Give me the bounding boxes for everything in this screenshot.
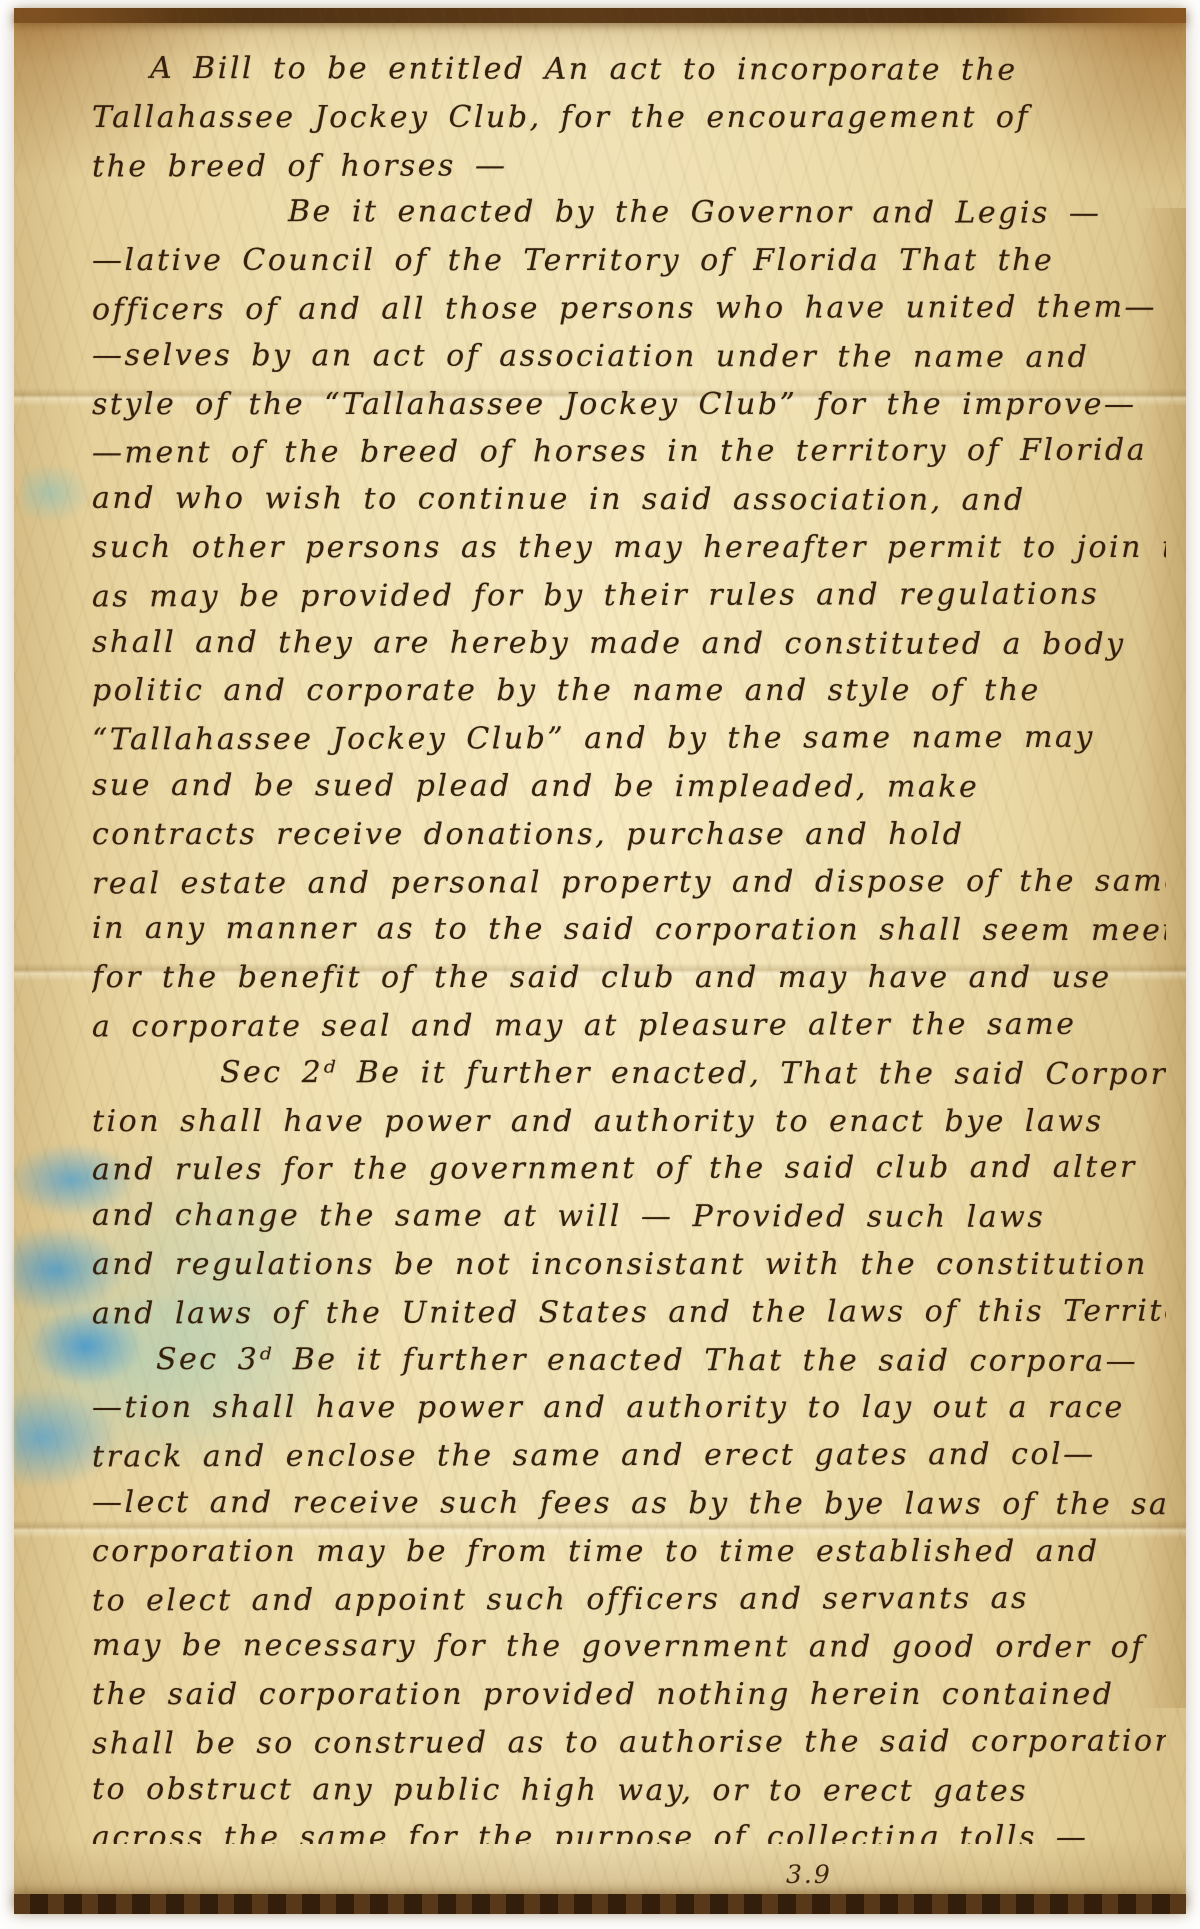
manuscript-line: —ment of the breed of horses in the terr… xyxy=(92,427,1166,478)
manuscript-line: “Tallahassee Jockey Club” and by the sam… xyxy=(92,714,1166,765)
manuscript-line: Sec 2ᵈ Be it further enacted, That the s… xyxy=(220,1049,1166,1099)
manuscript-line: and rules for the government of the said… xyxy=(92,1144,1166,1195)
manuscript-line: A Bill to be entitled An act to incorpor… xyxy=(150,46,1166,95)
manuscript-line: Tallahassee Jockey Club, for the encoura… xyxy=(92,94,1166,142)
paper-torn-bottom-edge xyxy=(14,1894,1186,1914)
manuscript-line: a corporate seal and may at pleasure alt… xyxy=(92,1001,1166,1052)
manuscript-line: tion shall have power and authority to e… xyxy=(92,1098,1166,1146)
manuscript-line: across the same for the purpose of colle… xyxy=(92,1814,1166,1844)
manuscript-line: Sec 3ᵈ Be it further enacted That the sa… xyxy=(156,1335,1166,1385)
paper-torn-top-edge xyxy=(14,8,1186,23)
manuscript-line: the breed of horses — xyxy=(92,140,1166,191)
manuscript-line: —tion shall have power and authority to … xyxy=(92,1384,1166,1432)
manuscript-line: as may be provided for by their rules an… xyxy=(92,570,1166,621)
manuscript-line: sue and be sued plead and be impleaded, … xyxy=(92,762,1166,812)
manuscript-line: —lect and receive such fees as by the by… xyxy=(92,1479,1166,1529)
manuscript-line: shall be so construed as to authorise th… xyxy=(92,1717,1166,1768)
manuscript-line: corporation may be from time to time est… xyxy=(92,1528,1166,1576)
manuscript-line: shall and they are hereby made and const… xyxy=(92,618,1166,668)
manuscript-line: and regulations be not inconsistant with… xyxy=(92,1241,1166,1289)
manuscript-line: to obstruct any public high way, or to e… xyxy=(92,1766,1166,1816)
page-number: 3.9 xyxy=(786,1860,832,1889)
manuscript-text: A Bill to be entitled An act to incorpor… xyxy=(92,46,1166,1844)
manuscript-line: —selves by an act of association under t… xyxy=(92,332,1166,382)
manuscript-line: contracts receive donations, purchase an… xyxy=(92,811,1166,859)
manuscript-page: A Bill to be entitled An act to incorpor… xyxy=(14,8,1186,1914)
manuscript-line: and who wish to continue in said associa… xyxy=(92,475,1166,525)
manuscript-line: politic and corporate by the name and st… xyxy=(92,667,1166,715)
manuscript-line: track and enclose the same and erect gat… xyxy=(92,1431,1166,1482)
manuscript-line: and change the same at will — Provided s… xyxy=(92,1192,1166,1242)
manuscript-line: —lative Council of the Territory of Flor… xyxy=(92,237,1166,285)
manuscript-line: may be necessary for the government and … xyxy=(92,1622,1166,1672)
manuscript-line: real estate and personal property and di… xyxy=(92,857,1166,908)
manuscript-line: style of the “Tallahassee Jockey Club” f… xyxy=(92,381,1166,429)
manuscript-line: officers of and all those persons who ha… xyxy=(92,284,1166,335)
manuscript-line: and laws of the United States and the la… xyxy=(92,1287,1166,1338)
manuscript-line: to elect and appoint such officers and s… xyxy=(92,1574,1166,1625)
blue-ink-smudge xyxy=(22,463,92,523)
manuscript-line: for the benefit of the said club and may… xyxy=(92,954,1166,1002)
manuscript-line: such other persons as they may hereafter… xyxy=(92,524,1166,572)
manuscript-line: Be it enacted by the Governor and Legis … xyxy=(288,188,1166,238)
manuscript-line: in any manner as to the said corporation… xyxy=(92,905,1166,955)
manuscript-line: the said corporation provided nothing he… xyxy=(92,1671,1166,1719)
